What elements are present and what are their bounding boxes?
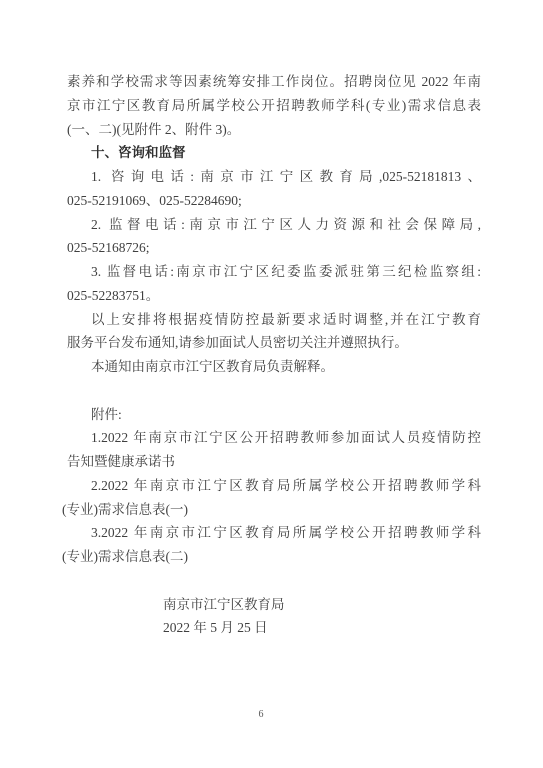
body-line: (一、二)(见附件 2、附件 3)。 (67, 118, 481, 142)
signature-date: 2022 年 5 月 25 日 (163, 616, 481, 640)
document-page: 素养和学校需求等因素统筹安排工作岗位。招聘岗位见 2022 年南 京市江宁区教育… (0, 0, 543, 768)
attachment-item: 1.2022 年南京市江宁区公开招聘教师参加面试人员疫情防控 (67, 426, 481, 450)
signature-block: 南京市江宁区教育局 2022 年 5 月 25 日 (67, 593, 481, 641)
body-line: 京市江宁区教育局所属学校公开招聘教师学科(专业)需求信息表 (67, 94, 481, 118)
attachment-item: (专业)需求信息表(二) (62, 545, 481, 569)
body-line: 025-52191069、025-52284690; (67, 189, 481, 213)
page-number: 6 (0, 709, 522, 721)
attachment-heading: 附件: (67, 403, 481, 427)
body-line: 1. 咨询电话:南京市江宁区教育局,025-52181813、 (67, 165, 481, 189)
body-line: 以上安排将根据疫情防控最新要求适时调整,并在江宁教育 (67, 308, 481, 332)
body-line: 2. 监督电话:南京市江宁区人力资源和社会保障局, (67, 213, 481, 237)
body-line: 素养和学校需求等因素统筹安排工作岗位。招聘岗位见 2022 年南 (67, 70, 481, 94)
body-line: 025-52168726; (67, 236, 481, 260)
signature-issuer: 南京市江宁区教育局 (163, 593, 481, 617)
text-content: 素养和学校需求等因素统筹安排工作岗位。招聘岗位见 2022 年南 京市江宁区教育… (67, 70, 481, 640)
body-line: 本通知由南京市江宁区教育局负责解释。 (67, 355, 481, 379)
body-line: 服务平台发布通知,请参加面试人员密切关注并遵照执行。 (67, 331, 481, 355)
body-line: 3. 监督电话:南京市江宁区纪委监委派驻第三纪检监察组: (67, 260, 481, 284)
attachment-item: 告知暨健康承诺书 (67, 450, 481, 474)
body-line: 025-52283751。 (67, 284, 481, 308)
attachment-item: 2.2022 年南京市江宁区教育局所属学校公开招聘教师学科 (67, 474, 481, 498)
section-heading: 十、咨询和监督 (67, 141, 481, 165)
attachment-item: (专业)需求信息表(一) (62, 498, 481, 522)
attachment-item: 3.2022 年南京市江宁区教育局所属学校公开招聘教师学科 (67, 521, 481, 545)
